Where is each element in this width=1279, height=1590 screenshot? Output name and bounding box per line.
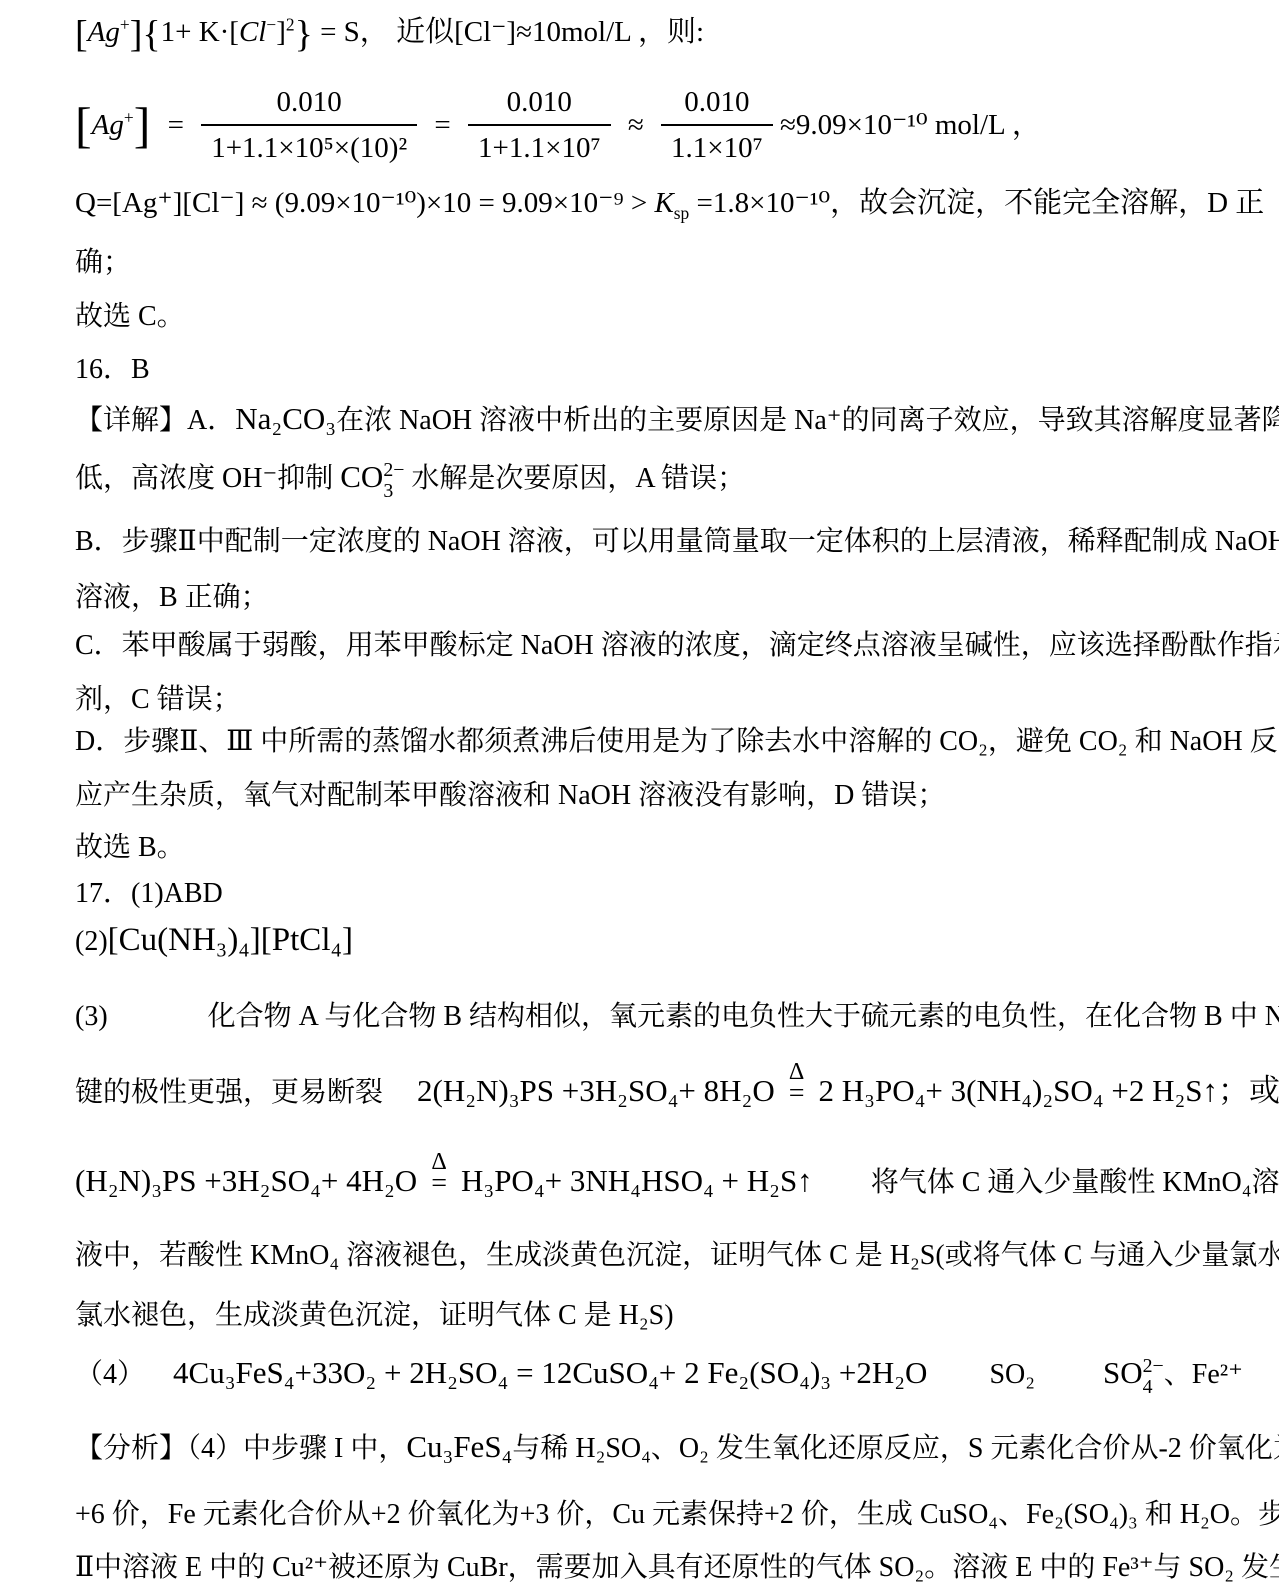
fe2-ion: 、Fe²⁺ [1164, 1359, 1243, 1390]
fraction-1-denominator: 1+1.1×10⁵×(10)² [201, 124, 417, 166]
text: 故选 C。 [75, 301, 185, 332]
right-brace: } [295, 13, 313, 55]
cl-charge: − [266, 14, 276, 34]
text: 水解是次要原因，A 错误； [404, 463, 745, 494]
so2-gas: SO₂ [989, 1359, 1035, 1390]
equals-sign: = [789, 1082, 805, 1106]
text: 故选 B。 [75, 832, 185, 863]
reaction-1-reactants: 2(H₂N)₃PS +3H₂SO₄+ 8H₂O [417, 1073, 775, 1108]
q16-detail-line-2: 低，高浓度 OH⁻抑制 CO2−3 水解是次要原因，A 错误； [75, 458, 745, 502]
na2co3-formula: Na₂CO₃ [235, 401, 336, 436]
sulfate-ion: SO2−4 [1103, 1355, 1164, 1390]
cu3fes4-formula: Cu₃FeS₄ [406, 1429, 512, 1464]
document-page: [Ag+]{1+ K·[Cl−]2} = S， 近似[Cl⁻]≈10mol/L … [0, 0, 1279, 1590]
expression-body: 1+ K·[ [161, 16, 239, 48]
text: C．苯甲酸属于弱酸，用苯甲酸标定 NaOH 溶液的浓度，滴定终点溶液呈碱性，应该… [75, 630, 1279, 661]
ag-symbol: Ag [88, 16, 120, 48]
text: 溶液，B 正确； [75, 582, 269, 613]
co-symbol: CO [340, 459, 383, 494]
fraction-1: 0.0101+1.1×10⁵×(10)² [201, 84, 417, 167]
q16-detail-line-1: 【详解】A．Na₂CO₃在浓 NaOH 溶液中析出的主要原因是 Na⁺的同离子效… [75, 400, 1279, 439]
equals-operator: = [434, 107, 450, 143]
detail-label: 【详解】A． [75, 405, 235, 436]
part-label: (3) [75, 1001, 108, 1032]
q17-part3-equation-2: (H₂N)₃PS +3H₂SO₄+ 4H₂OΔ=H₃PO₄+ 3NH₄HSO₄ … [75, 1152, 1279, 1201]
q16-option-d-line-2: 应产生杂质，氧气对配制苯甲酸溶液和 NaOH 溶液没有影响，D 错误； [75, 778, 945, 813]
ag-charge: + [124, 107, 134, 127]
superscript: 2− [1143, 1356, 1164, 1377]
carbonate-charge-stack: 2−3 [383, 460, 404, 502]
fraction-2: 0.0101+1.1×10⁷ [468, 84, 611, 167]
conclusion-text: ，故会沉淀，不能完全溶解，D 正 [830, 187, 1264, 219]
text: 氯水褪色，生成淡黄色沉淀，证明气体 C 是 H₂S) [75, 1300, 674, 1331]
q15-equilibrium-formula-line: [Ag+]{1+ K·[Cl−]2} = S， 近似[Cl⁻]≈10mol/L … [75, 14, 704, 50]
delta-over-equals: Δ= [789, 1062, 805, 1106]
q17-answer-2: (2)[Cu(NH₃)₄][PtCl₄] [75, 920, 353, 961]
fraction-3-numerator: 0.010 [661, 84, 773, 124]
subscript: 4 [1143, 1377, 1164, 1398]
q17-part4-equation: （4）4Cu₃FeS₄+33O₂ + 2H₂SO₄ = 12CuSO₄+ 2 F… [75, 1354, 1243, 1398]
q17-part3-equation-1: 键的极性更强，更易断裂2(H₂N)₃PS +3H₂SO₄+ 8H₂OΔ=2 H₃… [75, 1062, 1279, 1111]
text: 与稀 H₂SO₄、O₂ 发生氧化还原反应，S 元素化合价从-2 价氧化为 [512, 1433, 1279, 1464]
text: +6 价，Fe 元素化合价从+2 价氧化为+3 价，Cu 元素保持+2 价，生成… [75, 1499, 1279, 1530]
ksp-value: =1.8×10⁻¹⁰ [689, 187, 830, 219]
cl-symbol: Cl [239, 16, 266, 48]
approx-text: 近似[Cl⁻]≈10mol/L ，则: [396, 16, 704, 48]
text: 将气体 C 通入少量酸性 KMnO₄溶 [871, 1167, 1279, 1198]
left-bracket: [ [75, 97, 92, 153]
q16-option-c-line-2: 剂，C 错误； [75, 682, 241, 717]
superscript: 2− [383, 460, 404, 481]
approx-operator: ≈ [628, 107, 644, 143]
equals-sign: = [431, 1172, 447, 1196]
delta-over-equals: Δ= [431, 1152, 447, 1196]
equals-s: = S [320, 16, 360, 48]
reaction-2-products: H₃PO₄+ 3NH₄HSO₄ + H₂S↑ [461, 1163, 813, 1198]
q17-analysis-line-2: +6 价，Fe 元素化合价从+2 价氧化为+3 价，Cu 元素保持+2 价，生成… [75, 1497, 1279, 1532]
redox-equation: 4Cu₃FeS₄+33O₂ + 2H₂SO₄ = 12CuSO₄+ 2 Fe₂(… [173, 1355, 927, 1390]
text: 液中，若酸性 KMnO₄ 溶液褪色，生成淡黄色沉淀，证明气体 C 是 H₂S(或… [75, 1240, 1279, 1271]
fraction-1-numerator: 0.010 [201, 84, 417, 124]
ag-charge: + [120, 14, 130, 34]
q17-analysis-line-3: Ⅱ中溶液 E 中的 Cu²⁺被还原为 CuBr，需要加入具有还原性的气体 SO₂… [75, 1550, 1279, 1585]
sulfate-charge-stack: 2−4 [1143, 1356, 1164, 1398]
q17-part3-line-4: 液中，若酸性 KMnO₄ 溶液褪色，生成淡黄色沉淀，证明气体 C 是 H₂S(或… [75, 1238, 1279, 1273]
ag-concentration-lhs: [Ag+] [75, 107, 150, 143]
right-bracket: ] [130, 13, 143, 55]
q16-option-b-line-1: B．步骤Ⅱ中配制一定浓度的 NaOH 溶液，可以用量筒量取一定体积的上层清液，稀… [75, 524, 1279, 559]
fraction-2-denominator: 1+1.1×10⁷ [468, 124, 611, 166]
text: 应产生杂质，氧气对配制苯甲酸溶液和 NaOH 溶液没有影响，D 错误； [75, 780, 945, 811]
analysis-label: 【分析】（4）中步骤 I 中， [75, 1433, 406, 1464]
q15-final-answer: 故选 C。 [75, 299, 185, 334]
bracket-close: ] [276, 16, 286, 48]
text: 剂，C 错误； [75, 684, 241, 715]
fraction-3: 0.0101.1×10⁷ [661, 84, 773, 167]
q16-option-b-line-2: 溶液，B 正确； [75, 580, 269, 615]
q16-final-answer: 故选 B。 [75, 830, 185, 865]
q15-wrap-line: 确； [75, 245, 131, 280]
q16-option-c-line-1: C．苯甲酸属于弱酸，用苯甲酸标定 NaOH 溶液的浓度，滴定终点溶液呈碱性，应该… [75, 628, 1279, 663]
q16-option-d-line-1: D．步骤Ⅱ、Ⅲ 中所需的蒸馏水都须煮沸后使用是为了除去水中溶解的 CO₂，避免 … [75, 724, 1278, 759]
comma: ， [360, 16, 389, 48]
text: B．步骤Ⅱ中配制一定浓度的 NaOH 溶液，可以用量筒量取一定体积的上层清液，稀… [75, 526, 1279, 557]
q17-part3-line-1: (3)化合物 A 与化合物 B 结构相似，氧元素的电负性大于硫元素的电负性，在化… [75, 999, 1279, 1034]
q-expression: Q=[Ag⁺][Cl⁻] ≈ (9.09×10⁻¹⁰)×10 = 9.09×10… [75, 187, 654, 219]
q15-concentration-equation-line: [Ag+] = 0.0101+1.1×10⁵×(10)² = 0.0101+1.… [75, 84, 1041, 167]
text: 低，高浓度 OH⁻抑制 [75, 463, 340, 494]
q16-answer: 16．B [75, 352, 150, 387]
text: 键的极性更强，更易断裂 [75, 1077, 383, 1108]
text: 化合物 A 与化合物 B 结构相似，氧元素的电负性大于硫元素的电负性，在化合物 … [208, 1001, 1279, 1032]
left-brace: { [142, 13, 160, 55]
reaction-1-products: 2 H₃PO₄+ 3(NH₄)₂SO₄ +2 H₂S↑；或 [819, 1073, 1279, 1108]
text: 16．B [75, 354, 150, 385]
text: Ⅱ中溶液 E 中的 Cu²⁺被还原为 CuBr，需要加入具有还原性的气体 SO₂… [75, 1552, 1279, 1583]
reaction-2-reactants: (H₂N)₃PS +3H₂SO₄+ 4H₂O [75, 1163, 417, 1198]
subscript: 3 [383, 481, 404, 502]
text: D．步骤Ⅱ、Ⅲ 中所需的蒸馏水都须煮沸后使用是为了除去水中溶解的 CO₂，避免 … [75, 726, 1278, 757]
part-label: (2) [75, 926, 108, 957]
ksp-subscript: sp [674, 203, 689, 223]
part-label: （4） [75, 1359, 145, 1390]
result-value: ≈9.09×10⁻¹⁰ mol/L ， [780, 107, 1041, 143]
text: 确； [75, 247, 131, 278]
square-exponent: 2 [286, 14, 295, 34]
complex-formula: [Cu(NH₃)₄][PtCl₄] [108, 922, 353, 958]
ksp-symbol: K [654, 187, 673, 219]
fraction-3-denominator: 1.1×10⁷ [661, 124, 773, 166]
right-bracket: ] [134, 97, 151, 153]
left-bracket: [ [75, 13, 88, 55]
so-symbol: SO [1103, 1355, 1143, 1390]
equals-operator: = [168, 107, 184, 143]
q17-part3-line-5: 氯水褪色，生成淡黄色沉淀，证明气体 C 是 H₂S) [75, 1298, 674, 1333]
text: 17．(1)ABD [75, 878, 223, 909]
fraction-2-numerator: 0.010 [468, 84, 611, 124]
carbonate-ion: CO2−3 [340, 459, 404, 494]
q17-analysis-line-1: 【分析】（4）中步骤 I 中，Cu₃FeS₄与稀 H₂SO₄、O₂ 发生氧化还原… [75, 1428, 1279, 1467]
q15-qsp-comparison-line: Q=[Ag⁺][Cl⁻] ≈ (9.09×10⁻¹⁰)×10 = 9.09×10… [75, 185, 1264, 221]
ag-symbol: Ag [92, 109, 124, 141]
q17-answer-1: 17．(1)ABD [75, 876, 223, 911]
text: 在浓 NaOH 溶液中析出的主要原因是 Na⁺的同离子效应，导致其溶解度显著降 [336, 405, 1279, 436]
